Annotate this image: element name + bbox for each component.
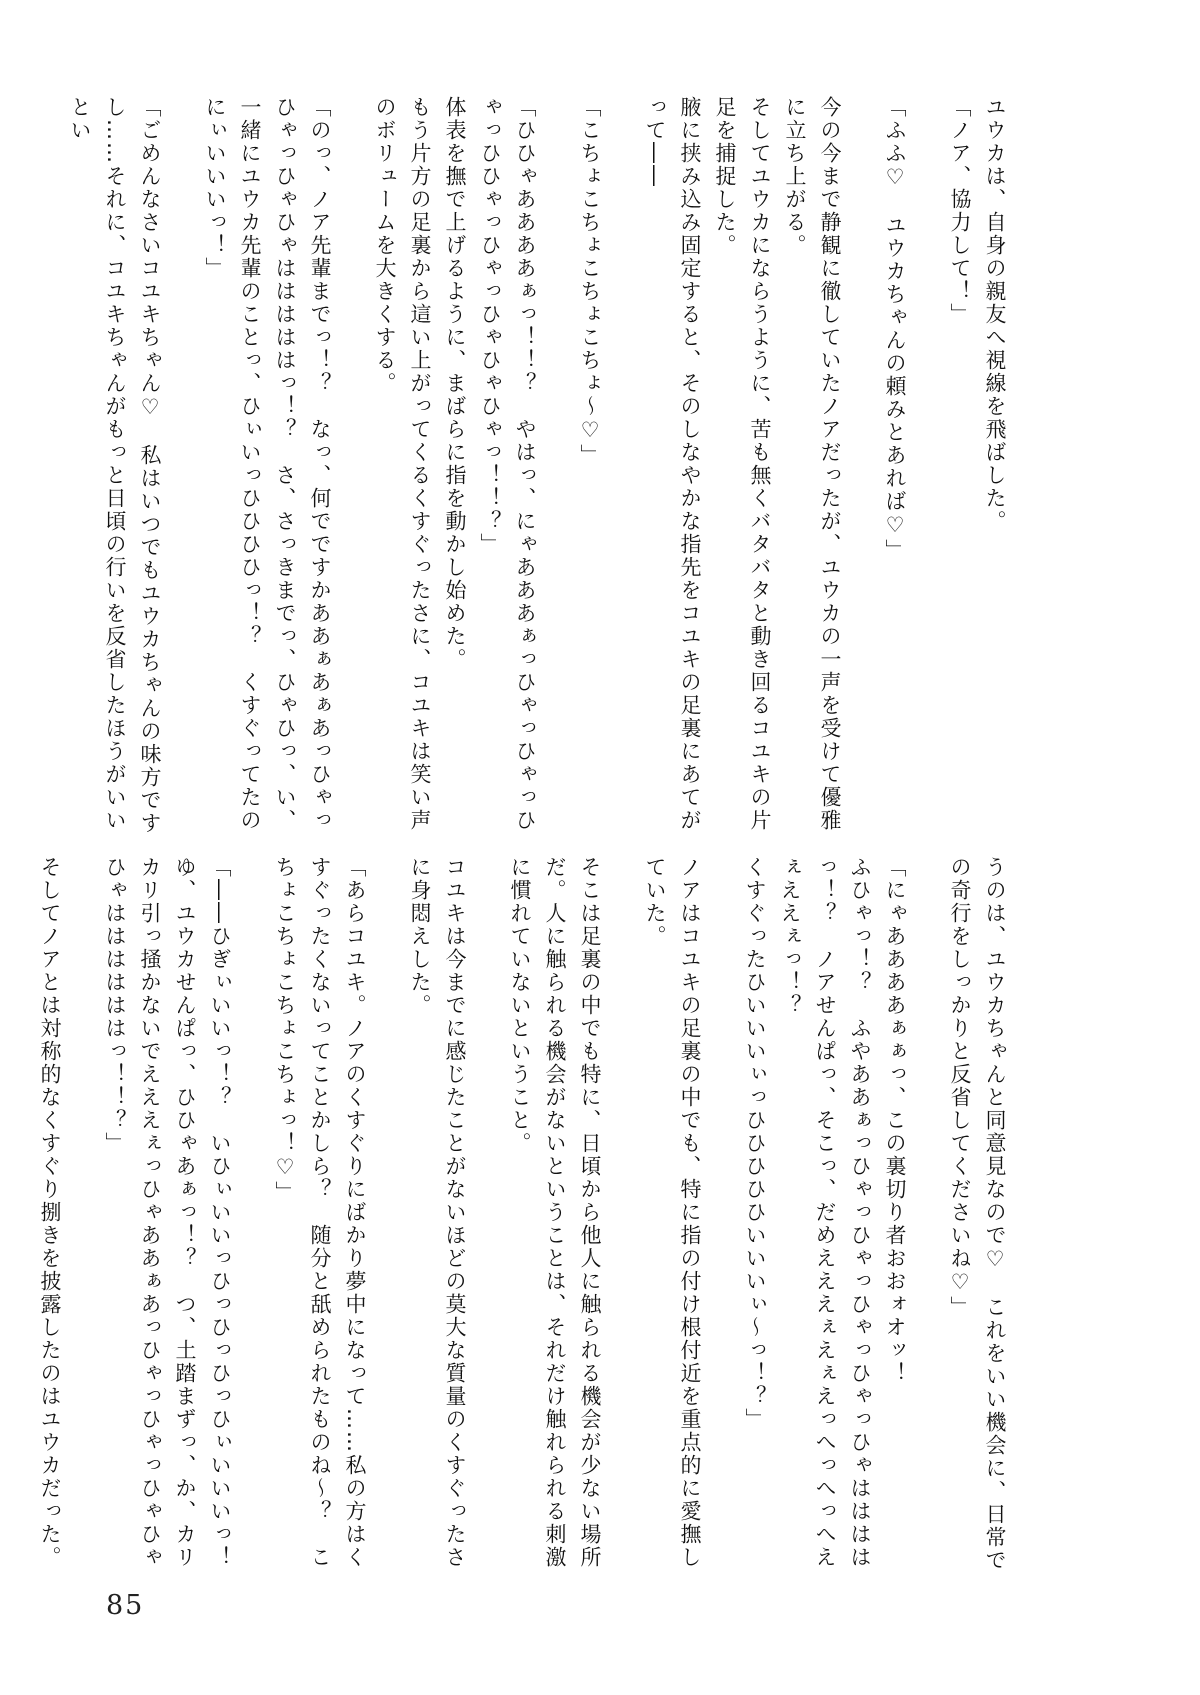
- paragraph: 「のっ、ノア先輩までっ！？ なっ、何でですかああぁあぁあっひゃっひゃっひゃひゃは…: [197, 96, 337, 836]
- paragraph: 「にゃああああぁぁっ、この裏切り者おおォオッ！: [877, 856, 912, 1578]
- text-block-upper: ユウカは、自身の親友へ視線を飛ばした。「ノア、協力して！」「ふふ♡ ユウカちゃん…: [62, 96, 1012, 836]
- paragraph: 腋に挟み込み固定すると、そのしなやかな指先をコユキの足裏にあてがって――: [637, 96, 707, 836]
- page-number: 85: [106, 1590, 144, 1621]
- paragraph: 「ひひゃああああぁっ！！？ やはっ、にゃあああぁっひゃっひゃっひゃっひひゃっひゃ…: [472, 96, 542, 836]
- paragraph: 「ごめんなさいコユキちゃん♡ 私はいつでもユウカちゃんの味方ですし……それに、コ…: [62, 96, 167, 836]
- text-block-lower: うのは、ユウカちゃんと同意見なので♡ これをいい機会に、日常での奇行をしっかりと…: [32, 856, 1012, 1578]
- scanned-novel-page: ユウカは、自身の親友へ視線を飛ばした。「ノア、協力して！」「ふふ♡ ユウカちゃん…: [0, 0, 1200, 1695]
- paragraph: うのは、ユウカちゃんと同意見なので♡ これをいい機会に、日常での奇行をしっかりと…: [942, 856, 1012, 1578]
- paragraph: 「ふふ♡ ユウカちゃんの頼みとあれば♡」: [877, 96, 912, 836]
- paragraph: コユキは今までに感じたことがないほどの莫大な質量のくすぐったさに身悶えした。: [402, 856, 472, 1578]
- paragraph: もう片方の足裏から這い上がってくるくすぐったさに、コユキは笑い声のボリュームを大…: [367, 96, 437, 836]
- paragraph: 今の今まで静観に徹していたノアだったが、ユウカの一声を受けて優雅に立ち上がる。: [777, 96, 847, 836]
- paragraph: そこは足裏の中でも特に、日頃から他人に触られる機会が少ない場所だ。人に触られる機…: [502, 856, 607, 1578]
- paragraph: ユウカは、自身の親友へ視線を飛ばした。: [977, 96, 1012, 836]
- paragraph: くすぐったひいいいぃっひひひひひいいいぃ～っ！？」: [737, 856, 772, 1578]
- paragraph: 体表を撫で上げるように、まばらに指を動かし始めた。: [437, 96, 472, 836]
- paragraph: 「こちょこちょこちょこちょ～♡」: [572, 96, 607, 836]
- paragraph: ふひゃっ！？ ふやああぁっひゃっひゃっひゃっひゃっひゃははははっ！？ ノアせんぱ…: [772, 856, 877, 1578]
- paragraph: 「あらコユキ。ノアのくすぐりにばかり夢中になって……私の方はくすぐったくないって…: [267, 856, 372, 1578]
- paragraph: 「ノア、協力して！」: [942, 96, 977, 836]
- paragraph: そしてユウカにならうように、苦も無くバタバタと動き回るコユキの片足を捕捉した。: [707, 96, 777, 836]
- paragraph: 「――ひぎぃいいっ！？ いひぃいいっひっひっひっひぃいいいっ！ ゆ、ユウカせんぱ…: [97, 856, 237, 1578]
- paragraph: ノアはコユキの足裏の中でも、特に指の付け根付近を重点的に愛撫していた。: [637, 856, 707, 1578]
- paragraph: そしてノアとは対称的なくすぐり捌きを披露したのはユウカだった。: [32, 856, 67, 1578]
